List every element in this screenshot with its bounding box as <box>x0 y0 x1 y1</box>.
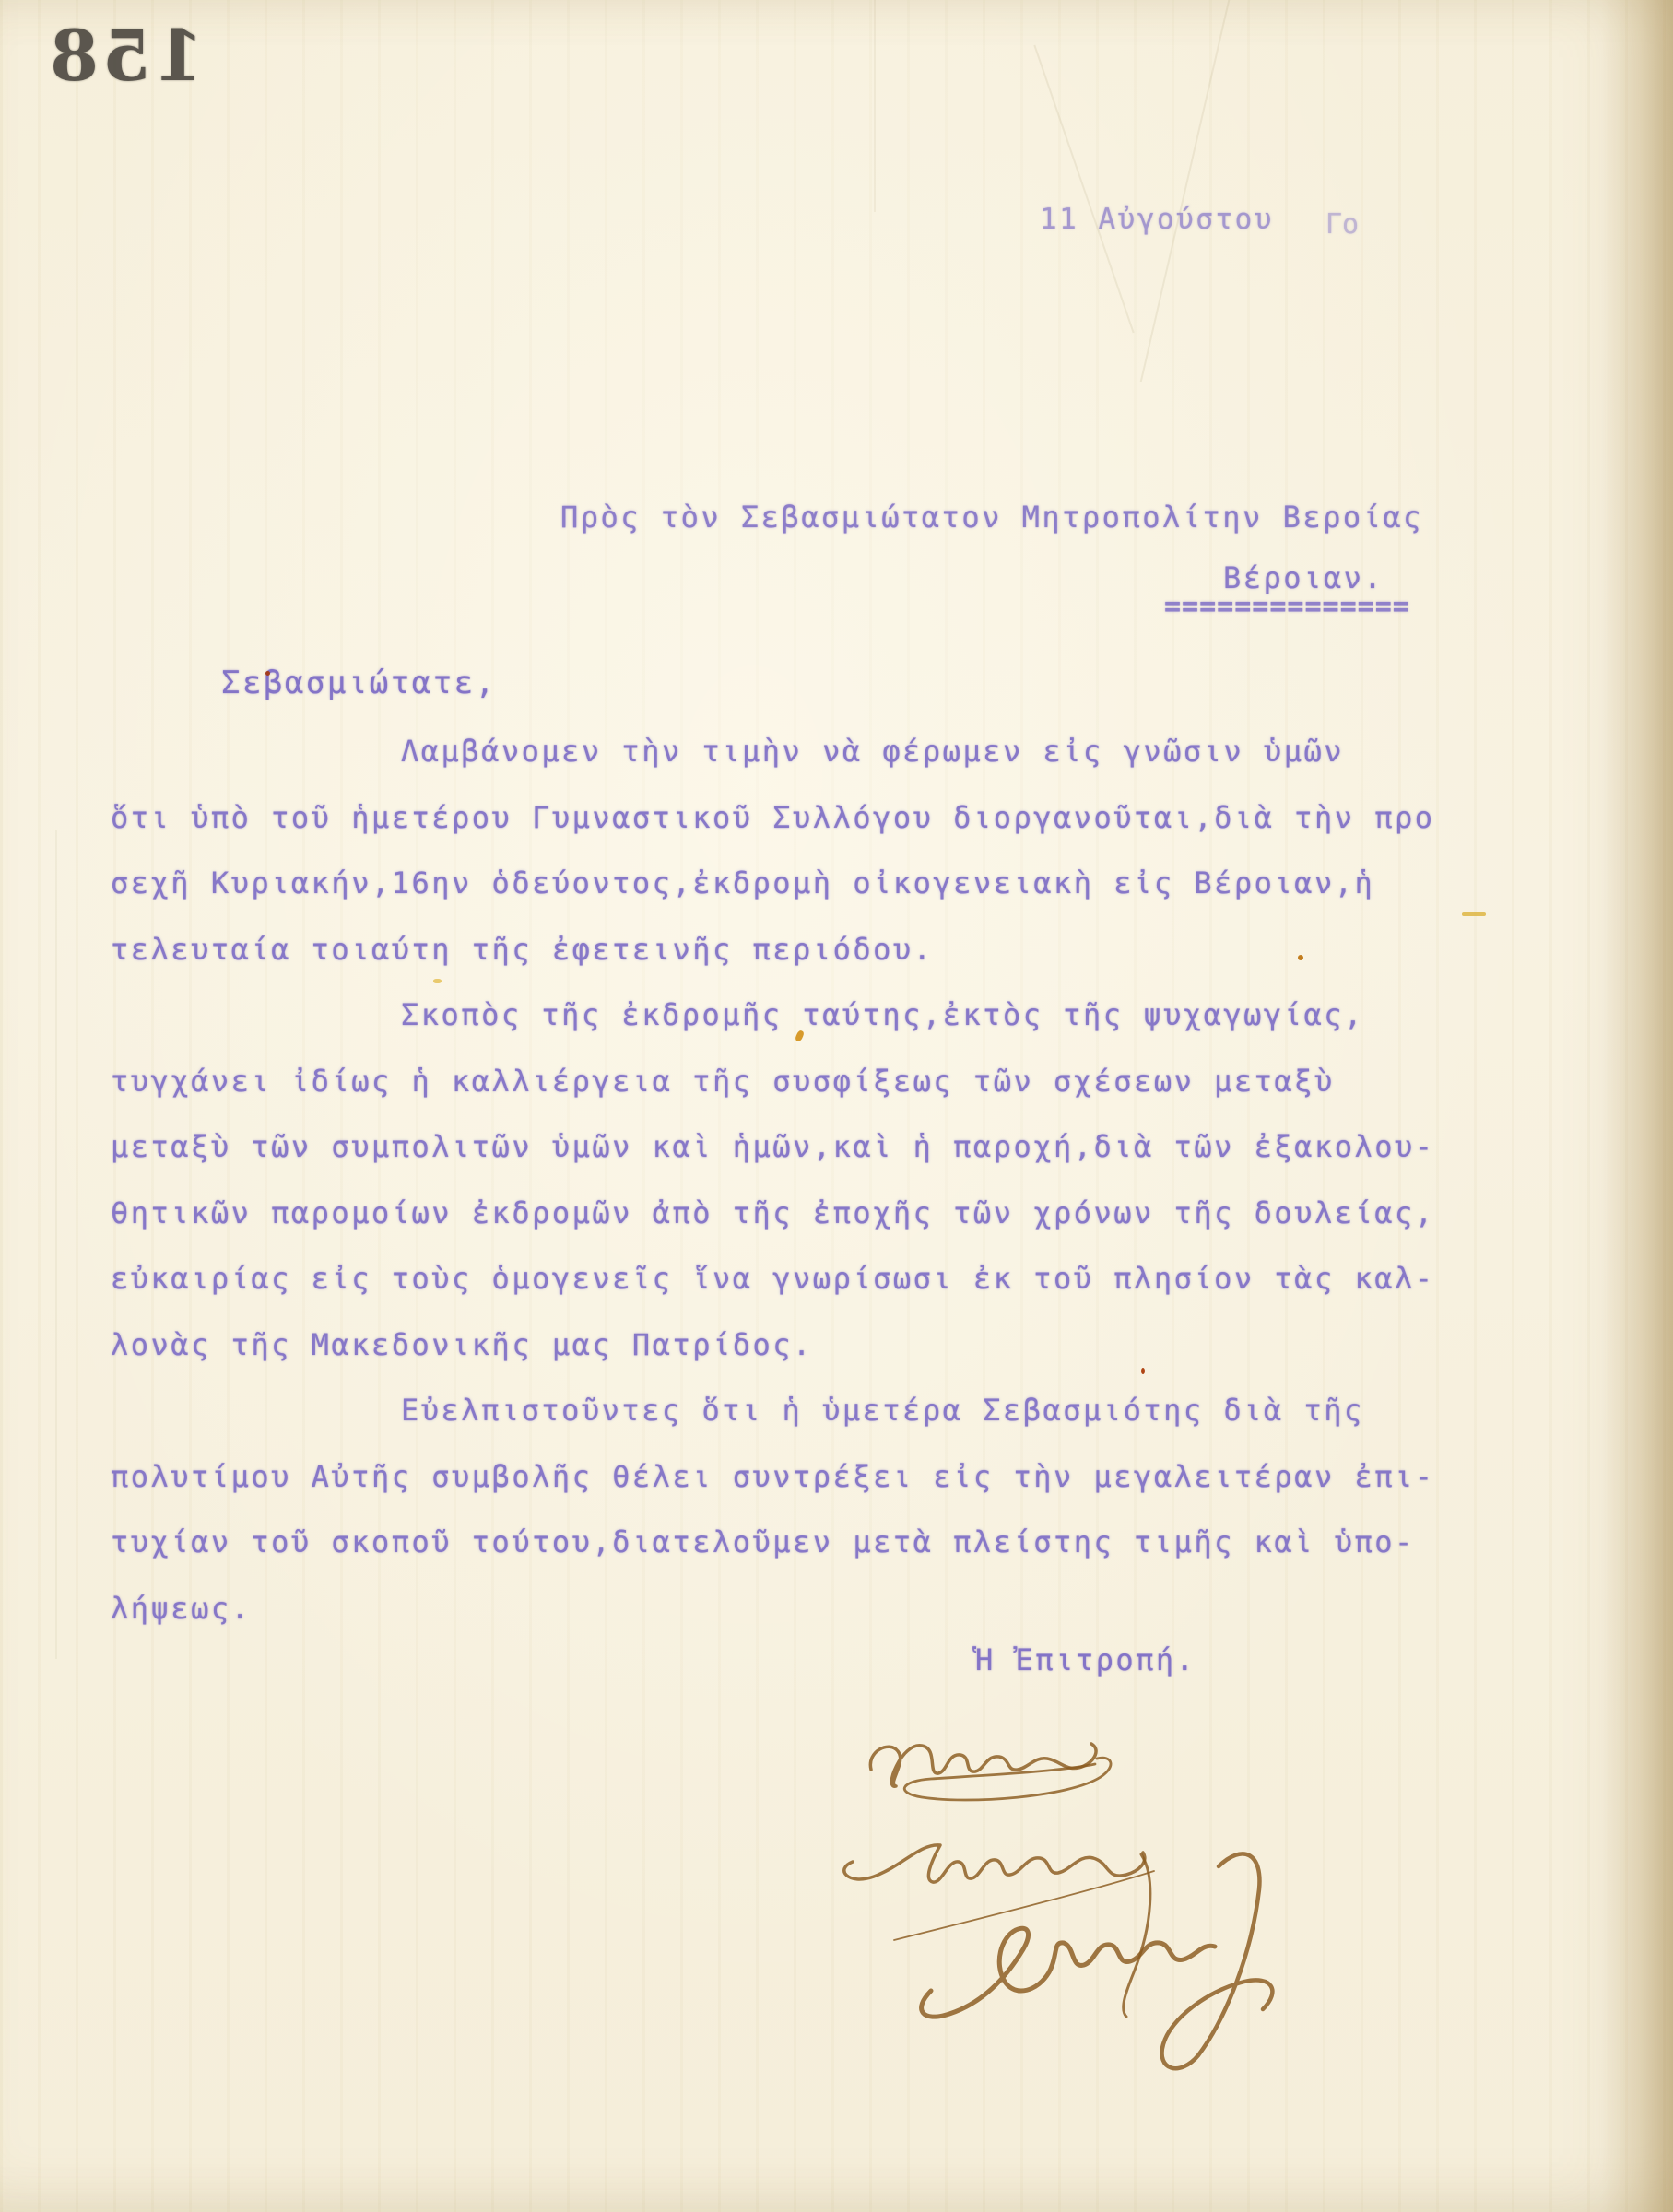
date-year-fragment: Γο <box>1325 208 1359 241</box>
typed-line: εὐκαιρίας εἰς τοὺς ὁμογενεῖς ἵνα γνωρίσω… <box>111 1261 1435 1296</box>
recipient-line: Πρὸς τὸν Σεβασμιώτατον Μητροπολίτην Βερο… <box>560 500 1423 535</box>
ink-speck <box>1298 955 1303 960</box>
handwritten-signature-1 <box>870 1744 1111 1800</box>
typed-line: Λαμβάνομεν τὴν τιμὴν νὰ φέρωμεν εἰς γνῶσ… <box>401 734 1344 769</box>
typed-line: τελευταία τοιαύτη τῆς ἐφετεινῆς περιόδου… <box>111 932 933 967</box>
typed-line: θητικῶν παρομοίων ἐκδρομῶν ἀπὸ τῆς ἐποχῆ… <box>111 1195 1435 1230</box>
paper-crease <box>1140 0 1231 382</box>
typed-line: ὅτι ὑπὸ τοῦ ἡμετέρου Γυμναστικοῦ Συλλόγο… <box>111 800 1435 835</box>
salutation: Σεβασμιώτατε, <box>221 665 497 701</box>
closing-committee: Ἡ Ἐπιτροπή. <box>975 1642 1196 1677</box>
typed-line: τυχίαν τοῦ σκοποῦ τούτου,διατελοῦμεν μετ… <box>111 1524 1415 1559</box>
typed-line: σεχῆ Κυριακήν,16ην ὁδεύοντος,ἐκδρομὴ οἰκ… <box>111 865 1374 900</box>
scanned-letter-page: 158 11 Αὐγούστου Γο Πρὸς τὸν Σεβασμιώτατ… <box>0 0 1673 2212</box>
handwritten-signature-2 <box>844 1845 1154 2017</box>
paper-right-edge-shadow <box>1601 0 1673 2212</box>
paper-crease <box>874 0 876 212</box>
ink-speck <box>1141 1368 1145 1374</box>
ink-speck <box>265 671 270 676</box>
handwritten-signature-3 <box>922 1853 1273 2068</box>
date-line: 11 Αὐγούστου <box>1040 203 1274 236</box>
typed-line: τυγχάνει ἰδίως ἡ καλλιέργεια τῆς συσφίξε… <box>111 1064 1335 1099</box>
ink-speck <box>433 979 442 983</box>
typed-line: μεταξὺ τῶν συμπολιτῶν ὑμῶν καὶ ἡμῶν,καὶ … <box>111 1129 1435 1164</box>
typed-line: Σκοπὸς τῆς ἐκδρομῆς ταύτης,ἐκτὸς τῆς ψυχ… <box>401 997 1364 1032</box>
signatures-block <box>802 1705 1539 2101</box>
typed-line: λήψεως. <box>111 1591 251 1626</box>
recipient-underline: ============== <box>1164 591 1410 623</box>
ink-speck <box>1462 912 1486 916</box>
typed-line: πολυτίμου Αὐτῆς συμβολῆς θέλει συντρέξει… <box>111 1459 1435 1494</box>
paper-crease <box>1033 45 1134 334</box>
typed-line: λονὰς τῆς Μακεδονικῆς μας Πατρίδος. <box>111 1327 813 1362</box>
bleedthrough-page-number: 158 <box>46 15 204 97</box>
typed-line: Εὐελπιστοῦντες ὅτι ἡ ὑμετέρα Σεβασμιότης… <box>401 1393 1364 1428</box>
paper-crease <box>55 829 57 1659</box>
